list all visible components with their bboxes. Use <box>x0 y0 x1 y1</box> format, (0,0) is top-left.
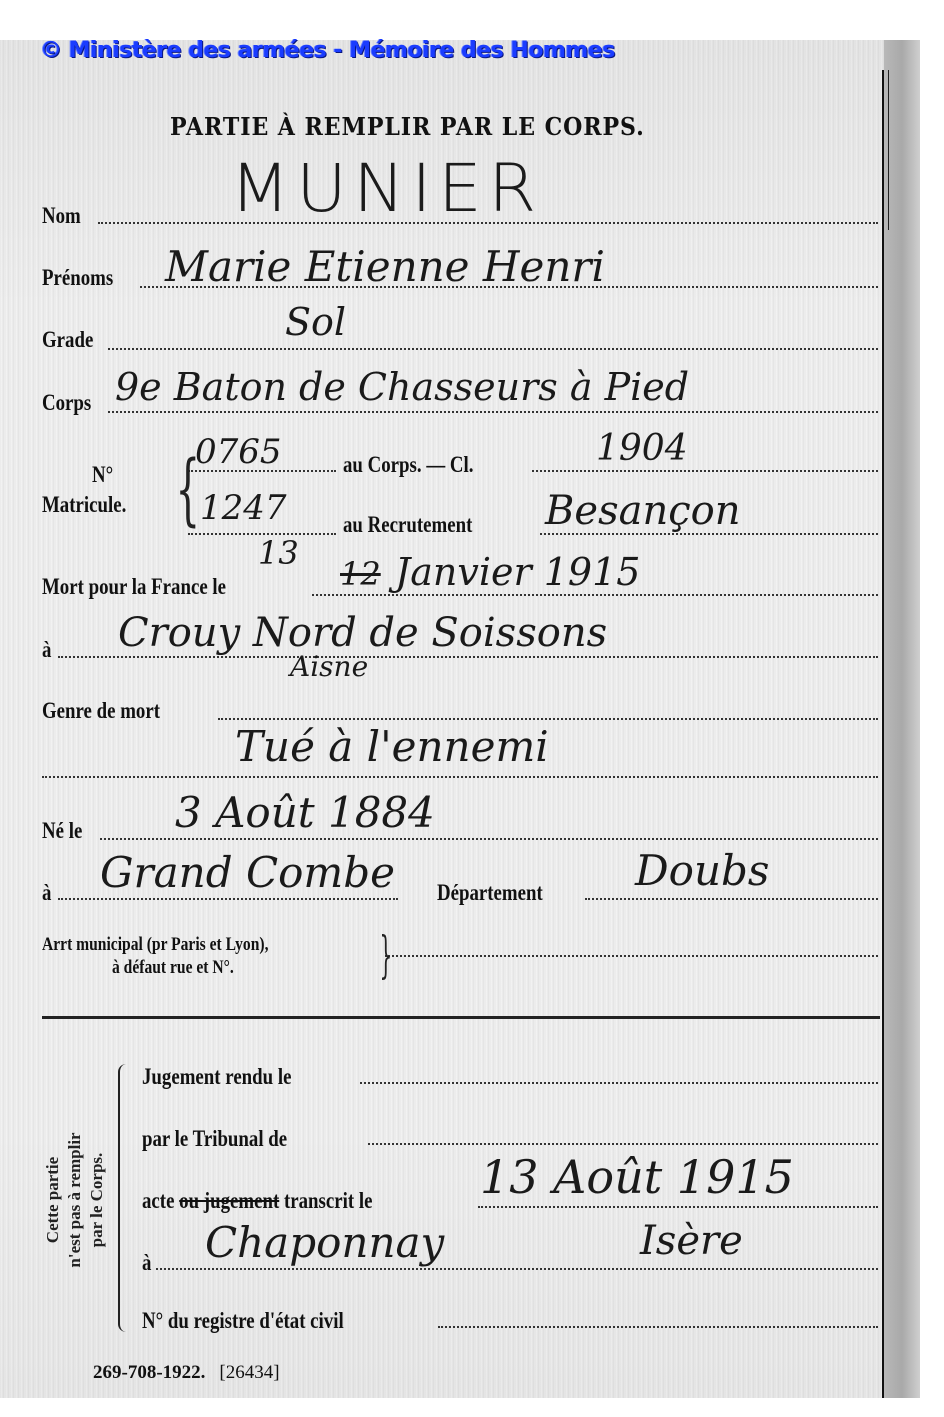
death-day-correction: 13 <box>258 534 299 572</box>
matricule-label: Matricule. <box>42 492 126 518</box>
arrondissement-label-line1: Arrt municipal (pr Paris et Lyon), <box>42 934 268 956</box>
lieu-mort-dotted-line <box>58 656 878 658</box>
au-corps-label: au Corps. — Cl. <box>343 452 473 478</box>
print-code-number: 269-708-1922. <box>93 1362 205 1383</box>
transcrit-date-value: 13 Août 1915 <box>480 1150 794 1204</box>
corps-dotted-line <box>108 411 878 413</box>
grade-dotted-line <box>108 348 878 350</box>
departement-dotted-line <box>585 898 878 900</box>
copyright-watermark: © Ministère des armées - Mémoire des Hom… <box>40 38 615 63</box>
side-note-line3: par le Corps. <box>86 1080 108 1320</box>
no-label: N° <box>92 462 113 488</box>
ne-le-dotted-line <box>100 838 878 840</box>
mort-dotted-line <box>312 594 878 596</box>
corps-label: Corps <box>42 390 91 416</box>
death-date-value: Janvier 1915 <box>395 550 640 594</box>
arrondissement-brace: } <box>380 926 393 984</box>
print-code: 269-708-1922.[26434] <box>93 1362 280 1384</box>
prenoms-label: Prénoms <box>42 265 113 291</box>
tribunal-dotted-line <box>368 1143 878 1145</box>
lieu-naissance-dotted-line <box>58 898 398 900</box>
arrondissement-label-line2: à défaut rue et N°. <box>112 957 234 979</box>
genre-mort-dotted-line-2 <box>42 776 878 778</box>
print-ref: [26434] <box>219 1362 279 1383</box>
transcrit-suffix: transcrit le <box>284 1188 373 1213</box>
transcription-departement-value: Isère <box>640 1218 743 1264</box>
corps-value: 9e Baton de Chasseurs à Pied <box>115 365 689 409</box>
transcrit-prefix: acte <box>142 1188 174 1213</box>
side-note-line1: Cette partie <box>42 1080 64 1320</box>
death-day-struck: 12 <box>340 555 381 593</box>
genre-mort-label: Genre de mort <box>42 698 160 724</box>
birth-date-value: 3 Août 1884 <box>175 788 435 837</box>
registre-label: N° du registre d'état civil <box>142 1308 344 1334</box>
registre-dotted-line <box>438 1326 878 1328</box>
transcrit-struck: ou jugement <box>179 1188 279 1213</box>
surname-value: MUNIER <box>230 150 543 227</box>
transcrit-dotted-line <box>478 1206 878 1208</box>
lieu-naissance-label: à <box>42 880 51 906</box>
transcrit-label: acte ou jugement transcrit le <box>142 1188 372 1214</box>
corps-number-value: 0765 <box>195 432 282 472</box>
departement-label: Département <box>437 880 543 906</box>
birth-place-value: Grand Combe <box>100 848 395 897</box>
birth-departement-value: Doubs <box>635 846 769 895</box>
transcription-place-value: Chaponnay <box>205 1218 444 1267</box>
mort-label: Mort pour la France le <box>42 574 226 600</box>
recrutement-number-value: 1247 <box>200 488 287 528</box>
lieu-mort-label: à <box>42 637 51 663</box>
section-divider <box>42 1016 880 1019</box>
classe-dotted-line <box>532 470 878 472</box>
jugement-label: Jugement rendu le <box>142 1064 291 1090</box>
classe-value: 1904 <box>596 428 688 469</box>
death-place-sub: Aisne <box>290 650 368 683</box>
side-note-line2: n'est pas à remplir <box>64 1080 86 1320</box>
civil-section-bracket <box>118 1064 128 1332</box>
form-title: PARTIE À REMPLIR PAR LE CORPS. <box>170 112 645 141</box>
grade-value: Sol <box>285 300 346 344</box>
page-edge-shadow <box>884 40 920 1398</box>
recrutement-place-value: Besançon <box>545 488 740 534</box>
lieu-transcription-label: à <box>142 1250 151 1276</box>
jugement-dotted-line <box>360 1082 878 1084</box>
lieu-transcription-dotted-line <box>156 1268 878 1270</box>
genre-mort-dotted-line <box>218 718 878 720</box>
au-recrutement-label: au Recrutement <box>343 512 472 538</box>
genre-mort-value: Tué à l'ennemi <box>235 722 549 771</box>
nom-label: Nom <box>42 203 81 229</box>
grade-label: Grade <box>42 327 93 353</box>
prenoms-value: Marie Etienne Henri <box>165 242 605 291</box>
side-note: Cette partie n'est pas à remplir par le … <box>42 1080 108 1320</box>
tribunal-label: par le Tribunal de <box>142 1126 287 1152</box>
arrondissement-dotted-line <box>385 955 878 957</box>
ne-le-label: Né le <box>42 818 82 844</box>
border-rule-secondary <box>888 70 889 230</box>
border-rule <box>882 70 884 1398</box>
